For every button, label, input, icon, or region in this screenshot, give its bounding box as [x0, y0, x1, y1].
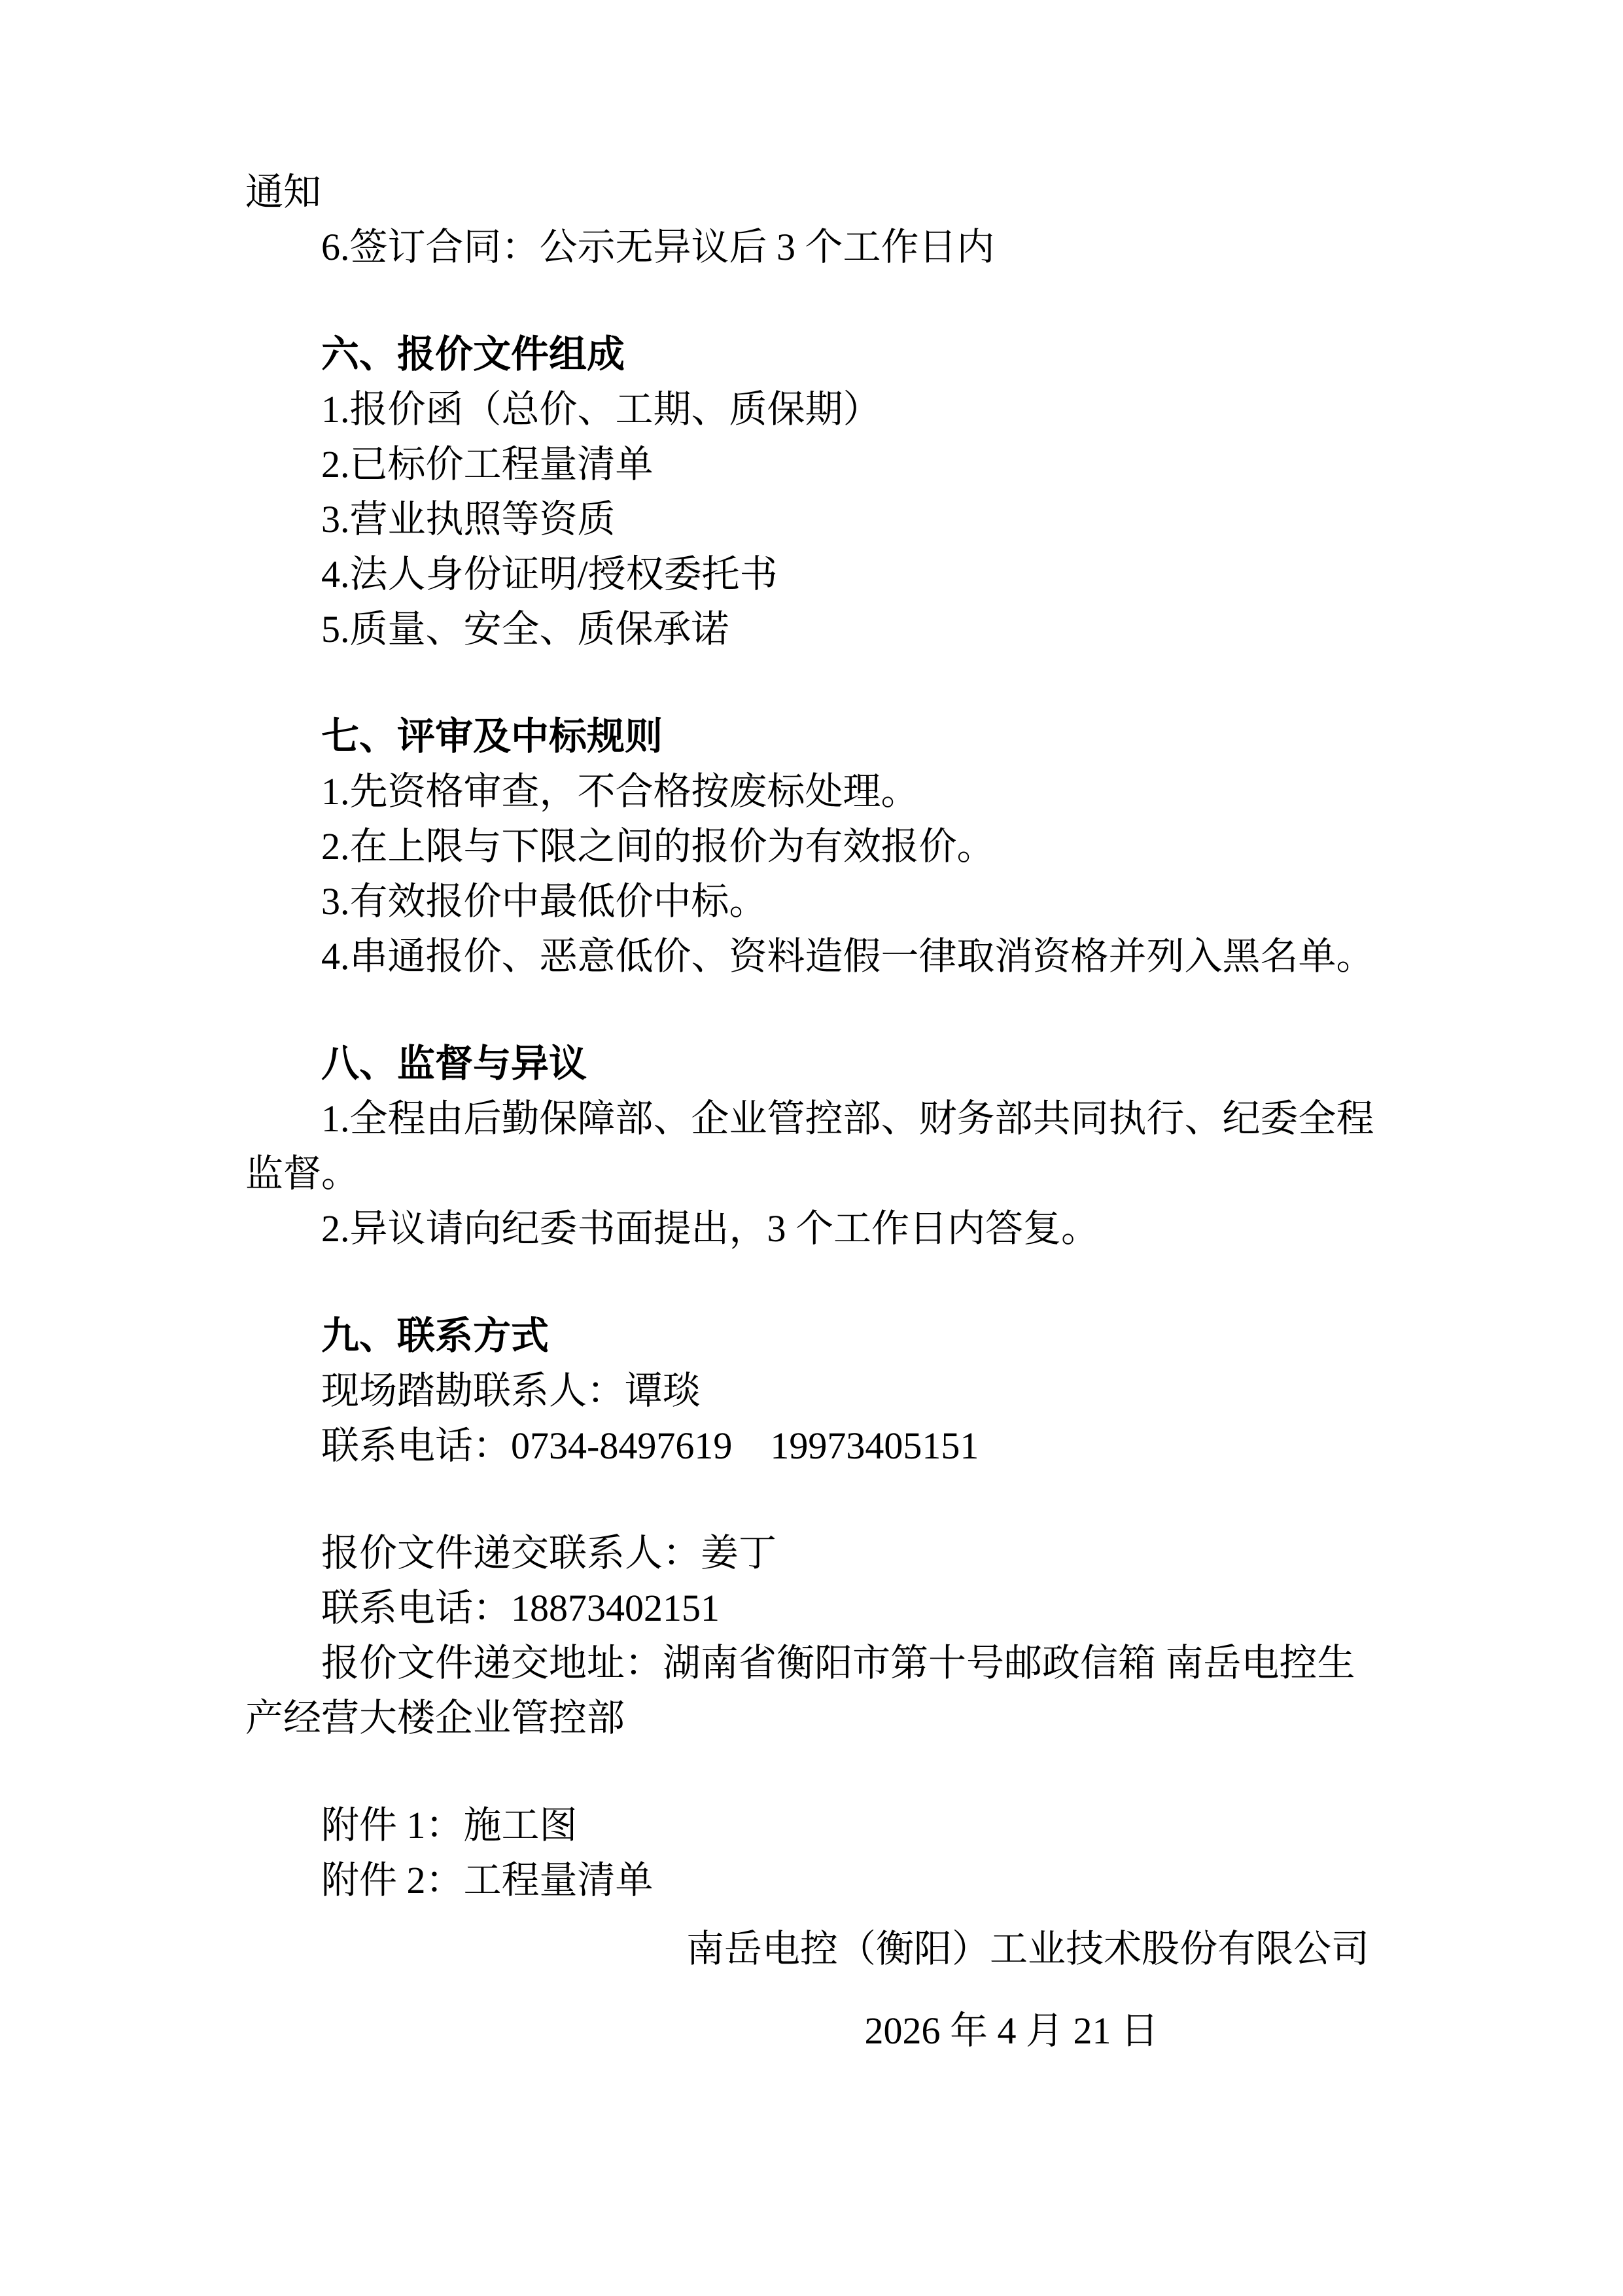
quote-doc-item-2: 2.已标价工程量清单 — [245, 437, 1378, 492]
site-survey-contact-line: 现场踏勘联系人：谭琰 — [245, 1364, 1378, 1419]
submission-address-line-1: 报价文件递交地址：湖南省衡阳市第十号邮政信箱 南岳电控生 — [245, 1636, 1378, 1691]
evaluation-rule-1: 1.先资格审查，不合格按废标处理。 — [245, 764, 1378, 819]
evaluation-rule-4: 4.串通报价、恶意低价、资料造假一律取消资格并列入黑名单。 — [245, 929, 1378, 984]
supervision-item-1-line-2: 监督。 — [245, 1146, 1378, 1201]
evaluation-rule-3: 3.有效报价中最低价中标。 — [245, 874, 1378, 929]
site-survey-phone-line: 联系电话：0734-8497619 19973405151 — [245, 1419, 1378, 1474]
submission-contact-line: 报价文件递交联系人：姜丁 — [245, 1526, 1378, 1581]
section-evaluation-rules: 七、评审及中标规则 1.先资格审查，不合格按废标处理。 2.在上限与下限之间的报… — [245, 709, 1378, 984]
quote-doc-item-5: 5.质量、安全、质保承诺 — [245, 602, 1378, 657]
submission-address-line-2: 产经营大楼企业管控部 — [245, 1691, 1378, 1746]
wrapped-continuation-line: 通知 — [245, 165, 1378, 220]
quote-doc-item-4: 4.法人身份证明/授权委托书 — [245, 547, 1378, 602]
section-contact-info: 九、联系方式 现场踏勘联系人：谭琰 联系电话：0734-8497619 1997… — [245, 1309, 1378, 1474]
section-quote-documents-heading: 六、报价文件组成 — [245, 327, 1378, 382]
supervision-item-2: 2.异议请向纪委书面提出，3 个工作日内答复。 — [245, 1201, 1378, 1256]
document-page: 通知 6.签订合同：公示无异议后 3 个工作日内 六、报价文件组成 1.报价函（… — [0, 0, 1623, 2296]
evaluation-rule-2: 2.在上限与下限之间的报价为有效报价。 — [245, 819, 1378, 874]
signature-company-name: 南岳电控（衡阳）工业技术股份有限公司 — [245, 1922, 1378, 1977]
section-quote-documents: 六、报价文件组成 1.报价函（总价、工期、质保期） 2.已标价工程量清单 3.营… — [245, 327, 1378, 657]
quote-doc-item-1: 1.报价函（总价、工期、质保期） — [245, 382, 1378, 437]
attachment-2-line: 附件 2：工程量清单 — [245, 1853, 1378, 1908]
submission-contact-block: 报价文件递交联系人：姜丁 联系电话：18873402151 报价文件递交地址：湖… — [245, 1526, 1378, 1746]
attachments-block: 附件 1：施工图 附件 2：工程量清单 — [245, 1798, 1378, 1908]
section-contact-heading: 九、联系方式 — [245, 1309, 1378, 1364]
supervision-item-1-line-1: 1.全程由后勤保障部、企业管控部、财务部共同执行、纪委全程 — [245, 1091, 1378, 1146]
clause-6-sign-contract-line: 6.签订合同：公示无异议后 3 个工作日内 — [245, 220, 1378, 275]
attachment-1-line: 附件 1：施工图 — [245, 1798, 1378, 1853]
submission-phone-line: 联系电话：18873402151 — [245, 1581, 1378, 1636]
section-supervision-heading: 八、监督与异议 — [245, 1036, 1378, 1091]
section-evaluation-rules-heading: 七、评审及中标规则 — [245, 709, 1378, 764]
section-supervision-objection: 八、监督与异议 1.全程由后勤保障部、企业管控部、财务部共同执行、纪委全程 监督… — [245, 1036, 1378, 1256]
quote-doc-item-3: 3.营业执照等资质 — [245, 492, 1378, 547]
signature-date: 2026 年 4 月 21 日 — [245, 2004, 1378, 2058]
